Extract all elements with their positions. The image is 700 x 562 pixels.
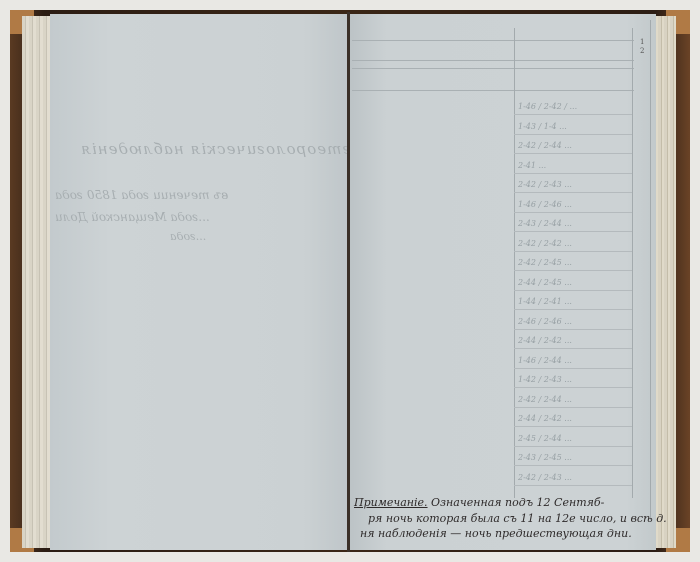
margin-mark: 1 [640,38,644,47]
note-text: Означенная подъ 12 Сентяб- [431,496,604,509]
note-line-1: Примечаніе. Означенная подъ 12 Сентяб- [354,496,604,509]
table-row-value: 2-43 / 2-44 ... [518,219,572,228]
table-row-rule [514,368,632,369]
table-row-rule [514,114,632,115]
book-gutter [347,12,350,552]
table-row-value: 2-43 / 2-45 ... [518,453,572,462]
table-row-value: 1-44 / 2-41 ... [518,297,572,306]
bleed-through-line: ...года Мещанской Доли [55,210,210,224]
table-row-value: 2-42 / 2-42 ... [518,239,572,248]
table-row-rule [514,270,632,271]
table-row-rule [514,134,632,135]
table-header-rule [352,40,634,41]
table-header-rule [352,68,634,69]
table-row-value: 1-46 / 2-44 ... [518,356,572,365]
table-row-value: 2-42 / 2-43 ... [518,473,572,482]
table-row-value: 1-46 / 2-46 ... [518,200,572,209]
table-row-rule [514,426,632,427]
table-row-rule [514,309,632,310]
table-row-value: 1-46 / 2-42 / ... [518,102,577,111]
table-row-value: 1-43 / 1-4 ... [518,122,567,131]
page-edges-left [22,16,52,548]
bleed-through-line: ...года [170,230,206,243]
table-row-value: 2-42 / 2-45 ... [518,258,572,267]
table-row-value: 2-42 / 2-43 ... [518,180,572,189]
page-margin-rule [650,20,651,520]
right-page [350,14,656,550]
table-row-value: 2-44 / 2-42 ... [518,336,572,345]
note-line-3: ня наблюденія — ночь предшествующая дни. [360,527,632,540]
table-row-rule [514,348,632,349]
table-row-value: 2-42 / 2-44 ... [518,395,572,404]
table-row-rule [514,231,632,232]
note-label: Примечаніе. [354,496,428,509]
table-row-rule [514,485,632,486]
margin-marks: 1 2 [640,38,644,56]
table-row-rule [514,251,632,252]
table-row-rule [514,153,632,154]
table-row-rule [514,192,632,193]
table-row-rule [514,329,632,330]
table-row-rule [514,387,632,388]
table-header-rule [352,60,634,61]
table-row-value: 2-45 / 2-44 ... [518,434,572,443]
left-page [50,14,348,550]
table-row-value: 2-42 / 2-44 ... [518,141,572,150]
table-column-rule [514,28,515,498]
table-row-rule [514,407,632,408]
table-row-rule [514,290,632,291]
table-row-value: 2-44 / 2-42 ... [518,414,572,423]
table-header-rule [352,90,634,91]
margin-mark: 2 [640,47,644,56]
table-row-rule [514,173,632,174]
bleed-through-title: Метеорологическія наблюденія [80,140,368,158]
bleed-through-line: въ течении года 1850 года [55,188,228,202]
table-row-value: 2-46 / 2-46 ... [518,317,572,326]
table-row-value: 1-42 / 2-43 ... [518,375,572,384]
note-line-2: ря ночь которая была съ 11 на 12е число,… [368,512,667,525]
table-row-rule [514,212,632,213]
table-row-value: 2-41 ... [518,161,546,170]
table-row-value: 2-44 / 2-45 ... [518,278,572,287]
table-column-rule [632,28,633,498]
table-row-rule [514,465,632,466]
table-row-rule [514,446,632,447]
